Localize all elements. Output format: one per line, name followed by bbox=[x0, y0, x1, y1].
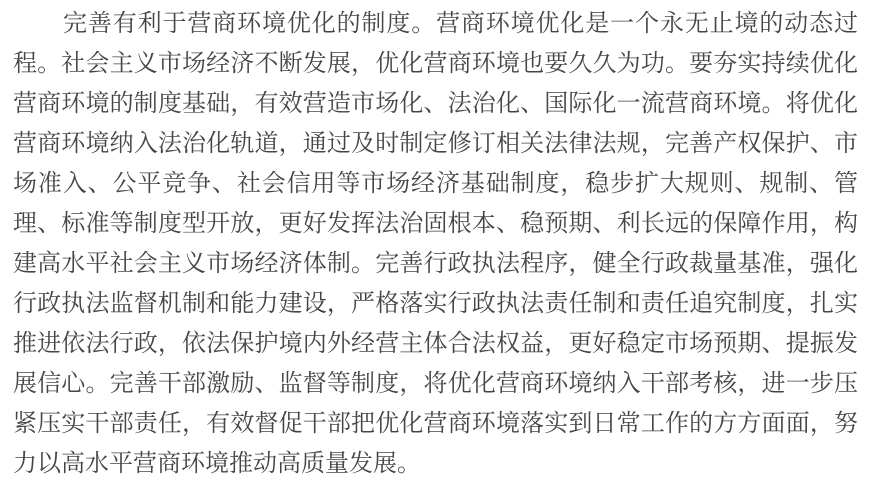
text-line: 营商环境的制度基础，有效营造市场化、法治化、国际化一流营商环境。将优化 bbox=[13, 84, 858, 124]
text-line: 完善有利于营商环境优化的制度。营商环境优化是一个永无止境的动态过 bbox=[13, 4, 858, 44]
text-line: 行政执法监督机制和能力建设，严格落实行政执法责任制和责任追究制度，扎实 bbox=[13, 284, 858, 324]
text-line: 营商环境纳入法治化轨道，通过及时制定修订相关法律法规，完善产权保护、市 bbox=[13, 124, 858, 164]
document-page: 完善有利于营商环境优化的制度。营商环境优化是一个永无止境的动态过程。社会主义市场… bbox=[0, 0, 870, 489]
text-line: 推进依法行政，依法保护境内外经营主体合法权益，更好稳定市场预期、提振发 bbox=[13, 324, 858, 364]
body-paragraph: 完善有利于营商环境优化的制度。营商环境优化是一个永无止境的动态过程。社会主义市场… bbox=[13, 4, 858, 484]
text-line: 程。社会主义市场经济不断发展，优化营商环境也要久久为功。要夯实持续优化 bbox=[13, 44, 858, 84]
text-line: 建高水平社会主义市场经济体制。完善行政执法程序，健全行政裁量基准，强化 bbox=[13, 244, 858, 284]
text-line: 紧压实干部责任，有效督促干部把优化营商环境落实到日常工作的方方面面，努 bbox=[13, 404, 858, 444]
text-line: 展信心。完善干部激励、监督等制度，将优化营商环境纳入干部考核，进一步压 bbox=[13, 364, 858, 404]
text-line: 力以高水平营商环境推动高质量发展。 bbox=[13, 444, 858, 484]
text-line: 理、标准等制度型开放，更好发挥法治固根本、稳预期、利长远的保障作用，构 bbox=[13, 204, 858, 244]
text-line: 场准入、公平竞争、社会信用等市场经济基础制度，稳步扩大规则、规制、管 bbox=[13, 164, 858, 204]
